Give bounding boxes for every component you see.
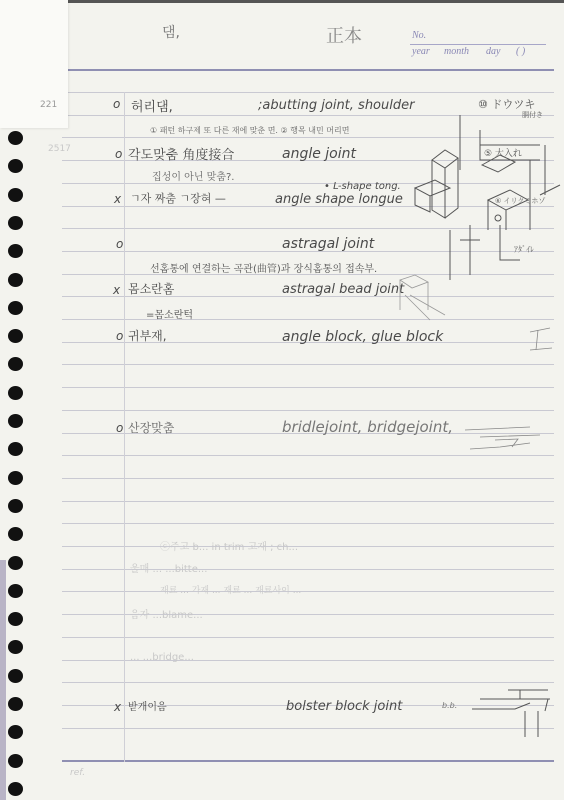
- ruled-line: [62, 92, 554, 93]
- ruled-line: [62, 546, 554, 547]
- show-through-text: 음자 ...blame...: [130, 606, 203, 621]
- ruled-line: [62, 501, 554, 502]
- binding-hole: [8, 273, 23, 287]
- binding-hole: [8, 188, 23, 202]
- entry-mark: o: [116, 421, 123, 435]
- binding-hole: [8, 725, 23, 739]
- notebook-page: 댐, 正本 No. year month day ( ) 221 2517 o …: [0, 0, 564, 800]
- binding-hole: [8, 329, 23, 343]
- ruled-line: [62, 591, 554, 592]
- margin-note: 221: [40, 100, 57, 110]
- entry-note: ① 패턴 하구제 또 다른 재에 맞춘 면. ② 행목 내민 머리면: [150, 125, 349, 136]
- binding-hole: [8, 301, 23, 315]
- show-through-text: ⓒ주고 b... in trim 고재 ; ch...: [160, 538, 298, 553]
- entry-note: • L-shape tong.: [324, 181, 401, 192]
- bridle-joint-sketch: [460, 425, 560, 455]
- ruled-line: [62, 387, 554, 388]
- entry-korean: 산장맞춤: [128, 419, 174, 436]
- ruled-line: [62, 364, 554, 365]
- margin-note: 2517: [48, 144, 71, 154]
- ruled-line: [62, 523, 554, 524]
- binding-hole: [8, 131, 23, 145]
- ruled-line: [62, 637, 554, 638]
- show-through-text: 울매 ... ...bitte...: [130, 560, 207, 575]
- entry-mark: o: [116, 237, 123, 251]
- entry-english: astragal joint: [282, 236, 374, 252]
- binding-hole: [8, 471, 23, 485]
- ruled-line: [62, 478, 554, 479]
- show-through-text: ... ...bridge...: [130, 652, 194, 663]
- entry-mark: x: [113, 283, 120, 297]
- torn-paper-flap: [0, 0, 68, 128]
- binding-hole: [8, 584, 23, 598]
- ruled-line: [62, 682, 554, 683]
- binding-hole: [8, 697, 23, 711]
- glue-block-sketch: [520, 320, 560, 360]
- entry-korean: 귀부재,: [128, 327, 167, 344]
- ruled-line: [62, 455, 554, 456]
- binding-hole: [8, 216, 23, 230]
- month-label: month: [444, 46, 469, 57]
- entry-note: 집성이 아닌 맞춤?.: [152, 168, 234, 183]
- binding-hole: [8, 754, 23, 768]
- scan-background-strip: [0, 560, 6, 800]
- binding-hole: [8, 782, 23, 796]
- entry-english: bolster block joint: [286, 699, 402, 714]
- margin-line: [124, 92, 125, 762]
- entry-korean: 받개이음: [128, 698, 167, 713]
- entry-mark: x: [114, 192, 121, 206]
- paren-label: ( ): [516, 46, 525, 57]
- binding-hole: [8, 527, 23, 541]
- header-note-left: 댐,: [162, 22, 180, 42]
- entry-note: b.b.: [442, 701, 457, 710]
- entry-note: =몸소란턱: [146, 306, 193, 321]
- ruled-line: [62, 410, 554, 411]
- binding-hole: [8, 357, 23, 371]
- binding-hole: [8, 499, 23, 513]
- bottom-rule: [62, 760, 554, 762]
- bead-joint-sketch: [370, 270, 490, 330]
- binding-hole: [8, 386, 23, 400]
- binding-hole: [8, 612, 23, 626]
- bolster-joint-sketch: [460, 685, 560, 745]
- show-through-text: 재료 ... 가재 ... 재료 ... 재료사이 ...: [160, 583, 301, 596]
- entry-english: bridlejoint, bridgejoint,: [282, 418, 453, 436]
- entry-korean: 몸소란홈: [128, 280, 174, 297]
- entry-english: ;abutting joint, shoulder: [258, 98, 414, 113]
- binding-hole: [8, 414, 23, 428]
- entry-note: 선홈통에 연결하는 곡관(曲管)과 장식홈통의 접속부.: [150, 260, 377, 275]
- day-label: day: [486, 46, 500, 57]
- entry-korean: ㄱ자 짜춤 ㄱ장혀 —: [130, 190, 226, 206]
- entry-english: angle joint: [282, 146, 356, 162]
- entry-mark: o: [115, 147, 122, 161]
- entry-korean: 각도맞춤 角度接合: [128, 144, 234, 163]
- header-note-center: 正本: [326, 22, 362, 48]
- no-label: No.: [412, 30, 426, 41]
- binding-hole: [8, 669, 23, 683]
- binding-hole: [8, 159, 23, 173]
- entry-english: angle block, glue block: [282, 329, 443, 345]
- year-label: year: [412, 46, 430, 57]
- entry-korean: 허리댐,: [131, 96, 173, 115]
- no-underline: [410, 44, 546, 45]
- binding-hole: [8, 640, 23, 654]
- scan-edge: [0, 0, 564, 3]
- header-rule: [62, 69, 554, 71]
- entry-mark: x: [114, 700, 121, 714]
- entry-mark: o: [113, 97, 120, 111]
- binding-hole: [8, 556, 23, 570]
- footer-mark: ref.: [70, 768, 85, 778]
- entry-english: angle shape longue: [275, 192, 403, 207]
- binding-hole: [8, 442, 23, 456]
- entry-mark: o: [116, 329, 123, 343]
- binding-hole: [8, 244, 23, 258]
